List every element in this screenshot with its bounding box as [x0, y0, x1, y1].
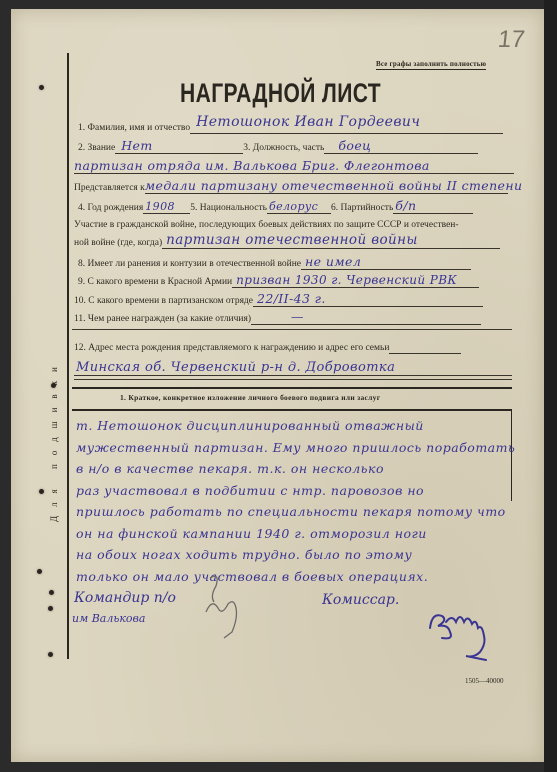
section-title: 1. Краткое, конкретное изложение личного…: [120, 393, 380, 402]
field-value: не имел: [305, 254, 361, 269]
field-label: Представляется к: [74, 183, 145, 194]
section-divider: [72, 387, 512, 389]
field-label: 9. С какого времени в Красной Армии: [78, 277, 232, 288]
field-value: партизан отечественной войны: [166, 232, 418, 248]
blank-line: [74, 379, 512, 380]
field-value: боец: [338, 138, 371, 153]
field-prior-war: ной войне (где, когда) партизан отечеств…: [74, 235, 500, 249]
field-label: 1. Фамилия, имя и отчество: [78, 123, 190, 134]
field-wounds: 8. Имеет ли ранения и контузии в отечест…: [78, 256, 471, 270]
field-label: 12. Адрес места рождения представляемого…: [74, 343, 389, 354]
field-birth-nationality-party: 4. Год рождения 1908 5. Национальность б…: [78, 200, 473, 214]
narrative-line: пришлось работать по специальности пекар…: [76, 501, 536, 523]
field-address-label: 12. Адрес места рождения представляемого…: [74, 342, 461, 354]
punch-hole: [37, 569, 42, 574]
field-value: 1908: [145, 200, 175, 213]
binding-label: Для подшивки: [49, 330, 63, 550]
punch-hole: [39, 85, 44, 90]
field-value: Нетошонок Иван Гордеевич: [196, 114, 420, 130]
narrative-line: на обоих ногах ходить трудно. было по эт…: [76, 544, 536, 566]
field-rank: 2. Звание Нет 3. Должность, часть боец: [78, 140, 478, 154]
field-value: Минская об. Червенский р-н д. Добровотка: [76, 360, 395, 375]
field-nominated-for: Представляется к медали партизану отечес…: [74, 180, 508, 194]
page-number: 17: [497, 26, 527, 54]
field-value: белорус: [269, 200, 318, 213]
print-code: 1505—40000: [465, 677, 504, 685]
field-address: Минская об. Червенский р-н д. Добровотка: [74, 360, 512, 376]
field-partisan-since: 10. С какого времени в партизанском отря…: [74, 293, 483, 307]
divider: [72, 329, 512, 330]
commander-title: Командир п/о: [74, 590, 176, 606]
field-label: 4. Год рождения: [78, 203, 143, 214]
field-position-continued: партизан отряда им. Валькова Бриг. Флего…: [74, 160, 514, 174]
fill-all-instruction: Все графы заполнить полностью: [376, 60, 486, 70]
punch-hole: [39, 489, 44, 494]
field-label: 6. Партийность: [331, 203, 393, 214]
field-label: 11. Чем ранее награжден (за какие отличи…: [74, 314, 251, 325]
field-value: 22/II-43 г.: [257, 291, 326, 306]
punch-hole: [51, 383, 56, 388]
field-label: 2. Звание: [78, 143, 115, 154]
field-label: ной войне (где, когда): [74, 238, 162, 249]
field-label: 3. Должность, часть: [243, 143, 324, 154]
field-label: Участие в гражданской войне, последующих…: [74, 220, 459, 231]
narrative-line: раз участвовал в подбитии с нтр. паровоз…: [76, 480, 536, 502]
punch-hole: [48, 606, 53, 611]
field-label: 10. С какого времени в партизанском отря…: [74, 296, 253, 307]
narrative-text: т. Нетошонок дисциплинированный отважный…: [76, 415, 536, 587]
field-red-army-since: 9. С какого времени в Красной Армии приз…: [78, 274, 479, 288]
field-value: —: [291, 309, 304, 324]
commissar-title: Комиссар.: [322, 592, 399, 608]
commander-unit: им Валькова: [72, 612, 146, 625]
field-name: 1. Фамилия, имя и отчество Нетошонок Ива…: [78, 120, 503, 134]
field-value: призван 1930 г. Червенский РВК: [236, 273, 457, 287]
field-label: 5. Национальность: [190, 203, 267, 214]
field-prior-war-label: Участие в гражданской войне, последующих…: [74, 220, 459, 231]
field-value: партизан отряда им. Валькова Бриг. Флего…: [74, 158, 430, 173]
commander-signature-icon: [198, 572, 248, 642]
narrative-line: мужественный партизан. Ему много пришлос…: [76, 437, 536, 459]
punch-hole: [49, 590, 54, 595]
binding-margin-line: [67, 53, 69, 659]
commissar-signature-icon: [420, 598, 500, 678]
narrative-line: в н/о в качестве пекаря. т.к. он несколь…: [76, 458, 536, 480]
field-value: медали партизану отечественной войны II …: [145, 178, 523, 193]
field-value: Нет: [121, 138, 152, 153]
page-title: НАГРАДНОЙ ЛИСТ: [180, 78, 336, 109]
scan-edge: [544, 0, 557, 772]
field-value: б/п: [395, 198, 416, 213]
narrative-line: т. Нетошонок дисциплинированный отважный: [76, 415, 536, 437]
field-label: 8. Имеет ли ранения и контузии в отечест…: [78, 259, 301, 270]
narrative-line: только он мало участвовал в боевых опера…: [76, 566, 536, 588]
field-prior-awards: 11. Чем ранее награжден (за какие отличи…: [74, 311, 481, 325]
narrative-line: он на финской кампании 1940 г. отморозил…: [76, 523, 536, 545]
punch-hole: [48, 652, 53, 657]
